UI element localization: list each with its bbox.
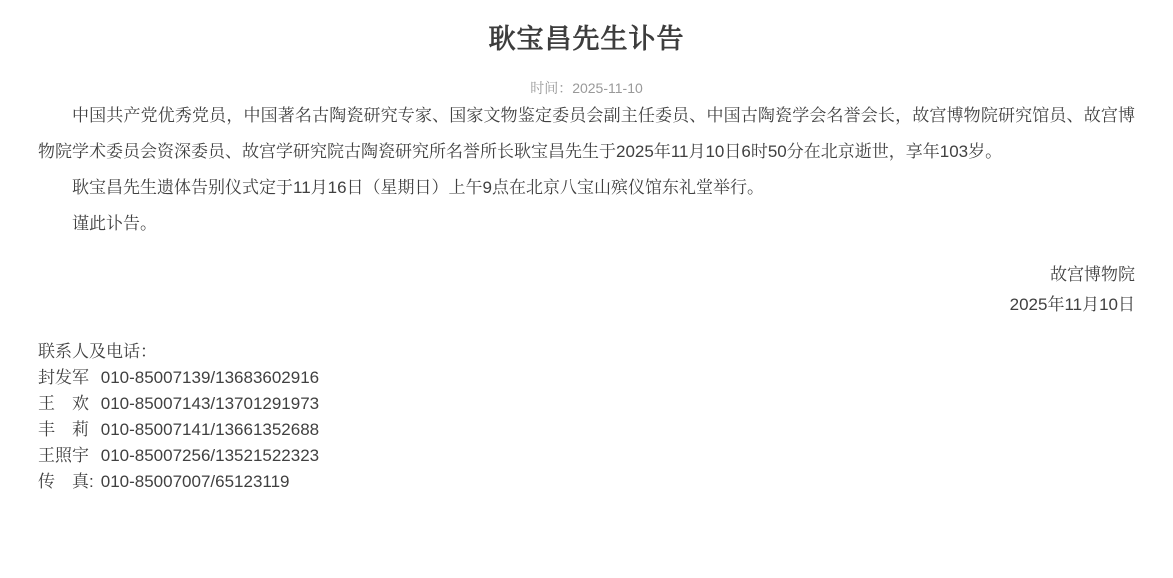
contact-row-fax: 传 真: 010-85007007/65123119 bbox=[38, 469, 1135, 495]
page-title: 耿宝昌先生讣告 bbox=[38, 20, 1135, 58]
signature-org: 故宫博物院 bbox=[38, 260, 1135, 290]
publish-date: 时间：2025-11-10 bbox=[38, 78, 1135, 98]
paragraph-closing: 谨此讣告。 bbox=[38, 206, 1135, 242]
contact-row: 王照宇 010-85007256/13521522323 bbox=[38, 443, 1135, 469]
notice-page: 耿宝昌先生讣告 时间：2025-11-10 中国共产党优秀党员，中国著名古陶瓷研… bbox=[0, 0, 1173, 578]
contact-row: 丰 莉 010-85007141/13661352688 bbox=[38, 417, 1135, 443]
contact-name: 丰 莉 bbox=[38, 417, 96, 443]
contact-phone: 010-85007143/13701291973 bbox=[101, 394, 319, 413]
contact-row: 王 欢 010-85007143/13701291973 bbox=[38, 391, 1135, 417]
paragraph-ceremony: 耿宝昌先生遗体告别仪式定于11月16日（星期日）上午9点在北京八宝山殡仪馆东礼堂… bbox=[38, 170, 1135, 206]
contact-phone: 010-85007139/13683602916 bbox=[101, 368, 319, 387]
signature-block: 故宫博物院 2025年11月10日 bbox=[38, 260, 1135, 320]
contact-name: 封发军 bbox=[38, 365, 96, 391]
fax-label: 传 真: bbox=[38, 469, 96, 495]
contact-row: 封发军 010-85007139/13683602916 bbox=[38, 365, 1135, 391]
notice-body: 中国共产党优秀党员，中国著名古陶瓷研究专家、国家文物鉴定委员会副主任委员、中国古… bbox=[38, 98, 1135, 495]
fax-number: 010-85007007/65123119 bbox=[101, 472, 290, 491]
contacts-heading: 联系人及电话： bbox=[38, 339, 1135, 365]
paragraph-obituary: 中国共产党优秀党员，中国著名古陶瓷研究专家、国家文物鉴定委员会副主任委员、中国古… bbox=[38, 98, 1135, 170]
contact-phone: 010-85007256/13521522323 bbox=[101, 446, 319, 465]
contacts-block: 联系人及电话： 封发军 010-85007139/13683602916 王 欢… bbox=[38, 339, 1135, 495]
contact-name: 王 欢 bbox=[38, 391, 96, 417]
signature-date: 2025年11月10日 bbox=[38, 290, 1135, 320]
contact-name: 王照宇 bbox=[38, 443, 96, 469]
contact-phone: 010-85007141/13661352688 bbox=[101, 420, 319, 439]
